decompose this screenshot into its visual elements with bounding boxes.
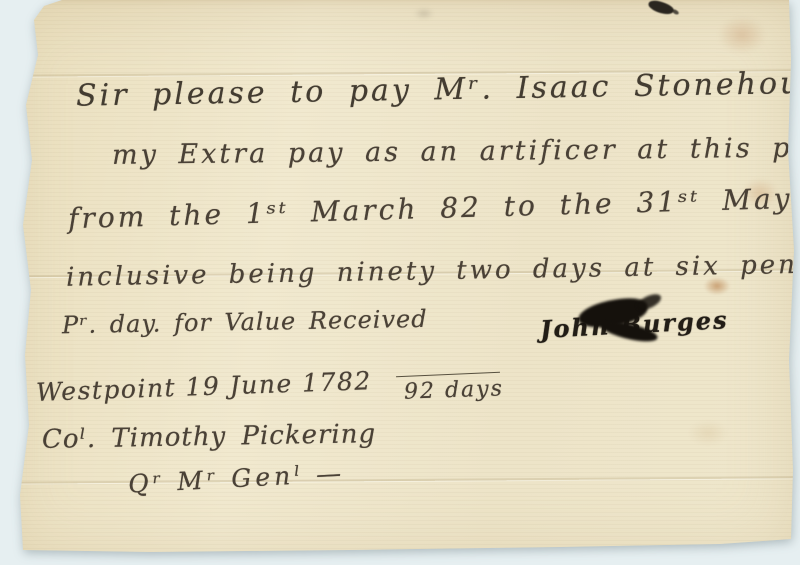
paper-sheet: Sir please to pay Mʳ. Isaac Stonehouse m… xyxy=(0,0,800,565)
scanned-document: Sir please to pay Mʳ. Isaac Stonehouse m… xyxy=(0,0,800,565)
addressee-title: Qʳ Mʳ Genˡ — xyxy=(127,458,345,498)
small-smudge xyxy=(414,8,434,19)
dateline: Westpoint 19 June 1782 xyxy=(36,366,373,407)
top-edge-ink-mark xyxy=(647,0,675,17)
manuscript-line: inclusive being ninety two days at six p… xyxy=(66,249,800,292)
manuscript-line: Pʳ. day. for Value Received xyxy=(62,305,428,339)
addressee: Coˡ. Timothy Pickering xyxy=(42,419,377,455)
manuscript-line: from the 1ˢᵗ March 82 to the 31ˢᵗ May xyxy=(68,182,793,235)
top-edge-ink-speck xyxy=(671,8,679,15)
paper-shadow: Sir please to pay Mʳ. Isaac Stonehouse m… xyxy=(0,0,800,565)
foxing-stain xyxy=(718,16,766,54)
tally: 92 days xyxy=(404,376,505,404)
faint-stain xyxy=(688,420,728,446)
manuscript-line: my Extra pay as an artificer at this por… xyxy=(112,132,800,171)
fold-crease-bottom xyxy=(0,476,800,484)
